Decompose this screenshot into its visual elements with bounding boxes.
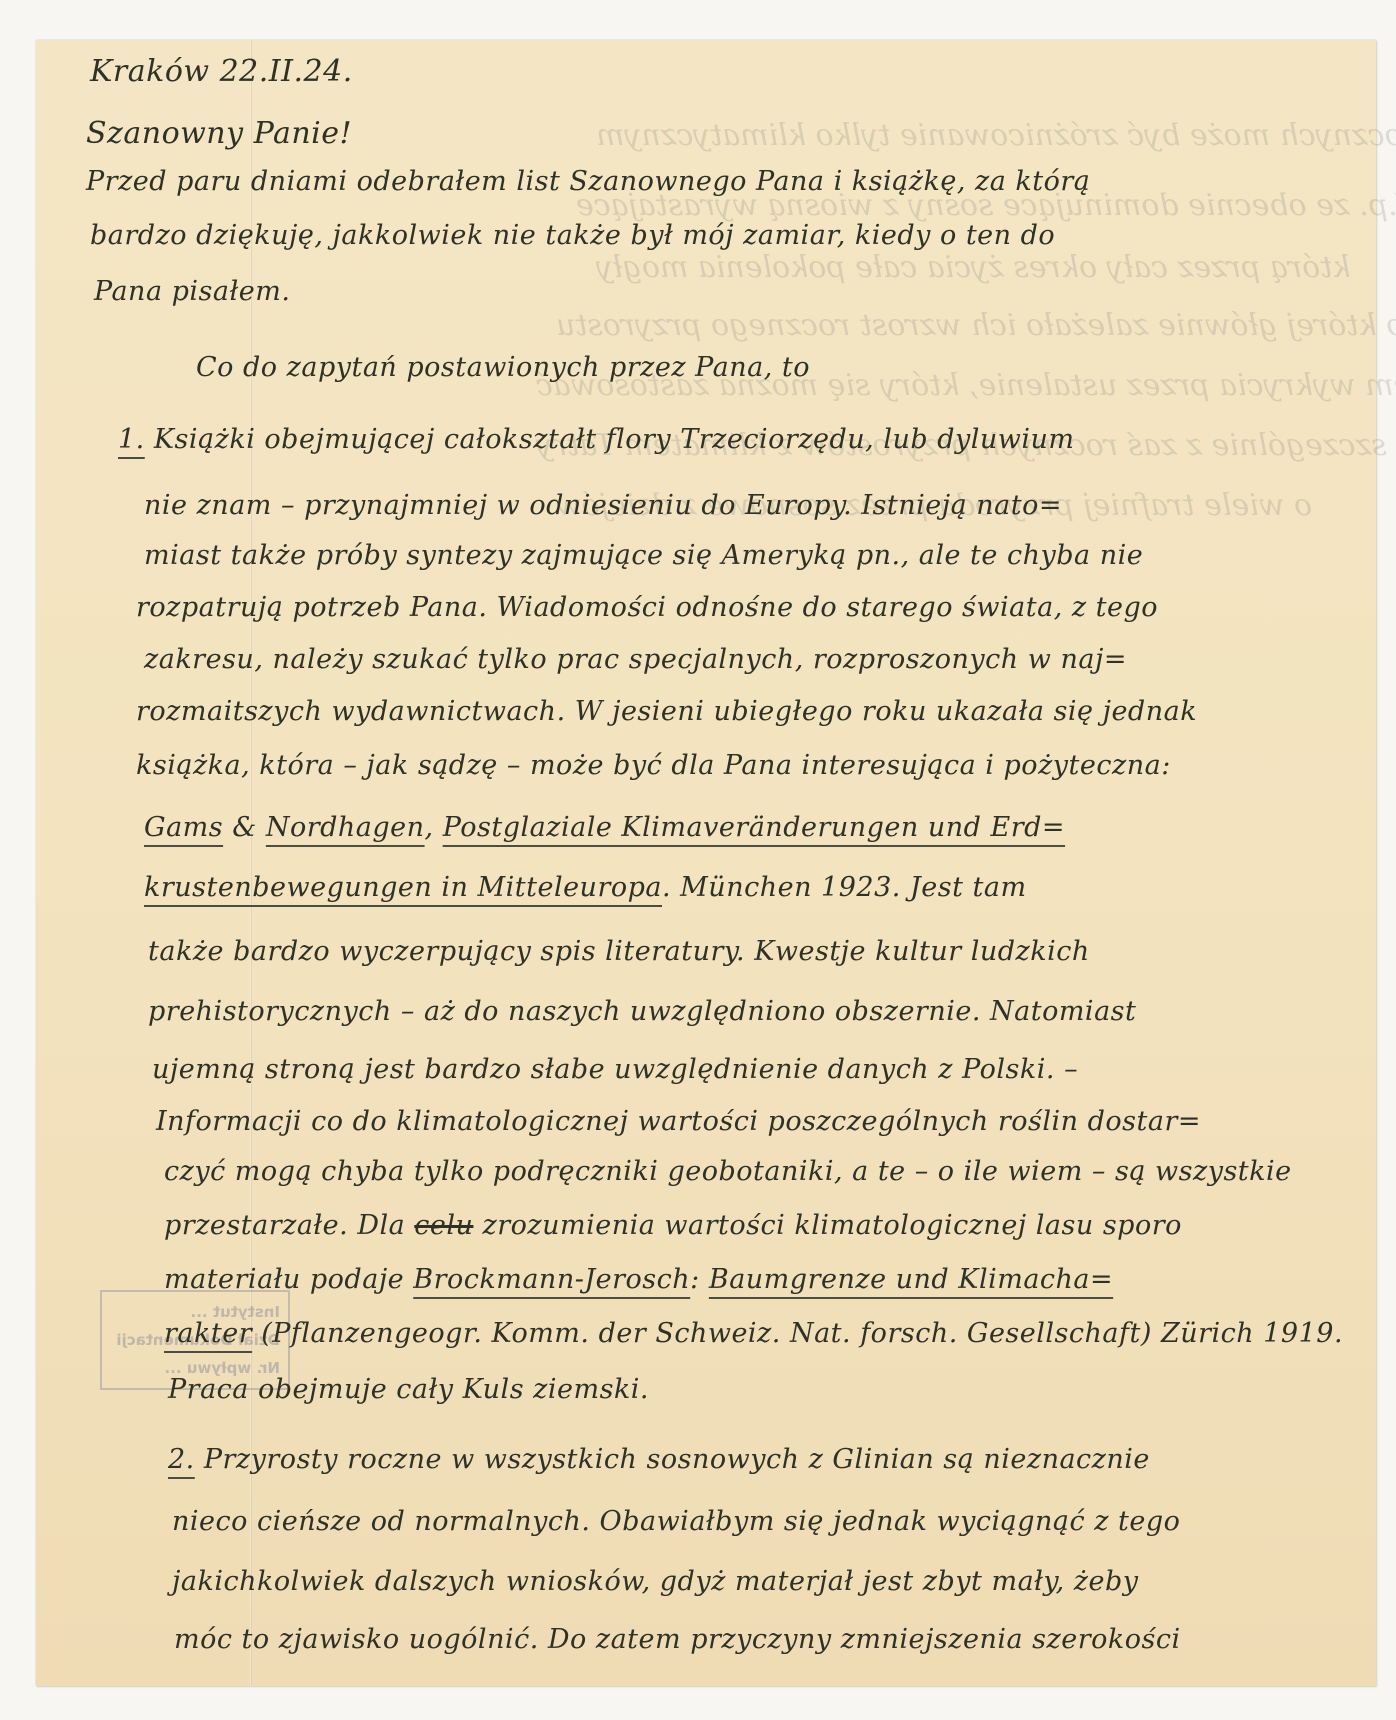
letter-line: także bardzo wyczerpujący spis literatur… (148, 936, 1090, 967)
letter-line: Informacji co do klimatologicznej wartoś… (156, 1106, 1201, 1137)
line-text: : (690, 1264, 709, 1295)
reference-author: Brockmann-Jerosch (413, 1264, 690, 1295)
letter-line: ujemną stroną jest bardzo słabe uwzględn… (152, 1054, 1078, 1085)
letter-line: rozmaitszych wydawnictwach. W jesieni ub… (136, 696, 1197, 727)
item-number: 1. (118, 424, 145, 455)
line-text: Przyrosty roczne w wszystkich sosnowych … (195, 1444, 1150, 1475)
letter-line: jakichkolwiek dalszych wniosków, gdyż ma… (172, 1566, 1139, 1597)
line-text: (Pflanzengeogr. Komm. der Schweiz. Nat. … (252, 1318, 1343, 1349)
letter-line: 1. 1. Książki obejmującej całokształt fl… (118, 424, 1075, 455)
letter-line: nieco cieńsze od normalnych. Obawiałbym … (172, 1506, 1180, 1537)
reference-author: Nordhagen (266, 812, 425, 843)
letter-line: Co do zapytań postawionych przez Pana, t… (196, 352, 810, 383)
letter-page: przyczyn rocznych może być zróżnicowanie… (36, 40, 1376, 1686)
line-text: & (223, 812, 266, 843)
line-text: materiału podaje (164, 1264, 413, 1295)
letter-line: książka, która – jak sądzę – może być dl… (136, 750, 1171, 781)
reference-title: Postglaziale Klimaveränderungen und Erd= (443, 812, 1065, 843)
line-text: , (425, 812, 443, 843)
place-date: Kraków 22.II.24. (90, 54, 353, 89)
letter-line: Pana pisałem. (94, 276, 290, 307)
struck-word: celu (414, 1210, 473, 1241)
letter-line: nie znam – przynajmniej w odniesieniu do… (144, 490, 1062, 521)
letter-line: przestarzałe. Dla celu zrozumienia warto… (164, 1210, 1182, 1241)
letter-line: Praca obejmuje cały Kuls ziemski. (168, 1374, 649, 1405)
letter-line: rakter (Pflanzengeogr. Komm. der Schweiz… (164, 1318, 1343, 1349)
line-text: . München 1923. Jest tam (662, 872, 1027, 903)
letter-line: czyć mogą chyba tylko podręczniki geobot… (164, 1156, 1292, 1187)
letter-line: móc to zjawisko uogólnić. Do zatem przyc… (174, 1624, 1181, 1655)
line-text: Książki obejmującej całokształt flory Tr… (154, 424, 1075, 455)
letter-line: prehistorycznych – aż do naszych uwzględ… (148, 996, 1136, 1027)
line-text: przestarzałe. Dla (164, 1210, 414, 1241)
reference-title: krustenbewegungen in Mitteleuropa (144, 872, 662, 903)
line-text: zrozumienia wartości klimatologicznej la… (473, 1210, 1181, 1241)
reference-title: Baumgrenze und Klimacha= (709, 1264, 1113, 1295)
letter-line: miast także próby syntezy zajmujące się … (144, 540, 1143, 571)
reference-author: Gams (144, 812, 223, 843)
letter-line: krustenbewegungen in Mitteleuropa. Münch… (144, 872, 1027, 903)
letter-line: Przed paru dniami odebrałem list Szanown… (86, 166, 1090, 197)
letter-line: materiału podaje Brockmann-Jerosch: Baum… (164, 1264, 1113, 1295)
item-number: 2. (168, 1444, 195, 1475)
letter-line: Gams & Nordhagen, Postglaziale Klimaverä… (144, 812, 1065, 843)
letter-line: bardzo dziękuję, jakkolwiek nie także by… (90, 220, 1055, 251)
salutation: Szanowny Panie! (86, 116, 352, 151)
letter-line: zakresu, należy szukać tylko prac specja… (144, 644, 1127, 675)
letter-line: rozpatrują potrzeb Pana. Wiadomości odno… (136, 592, 1158, 623)
reference-title: rakter (164, 1318, 252, 1349)
letter-line: 2. Przyrosty roczne w wszystkich sosnowy… (168, 1444, 1150, 1475)
